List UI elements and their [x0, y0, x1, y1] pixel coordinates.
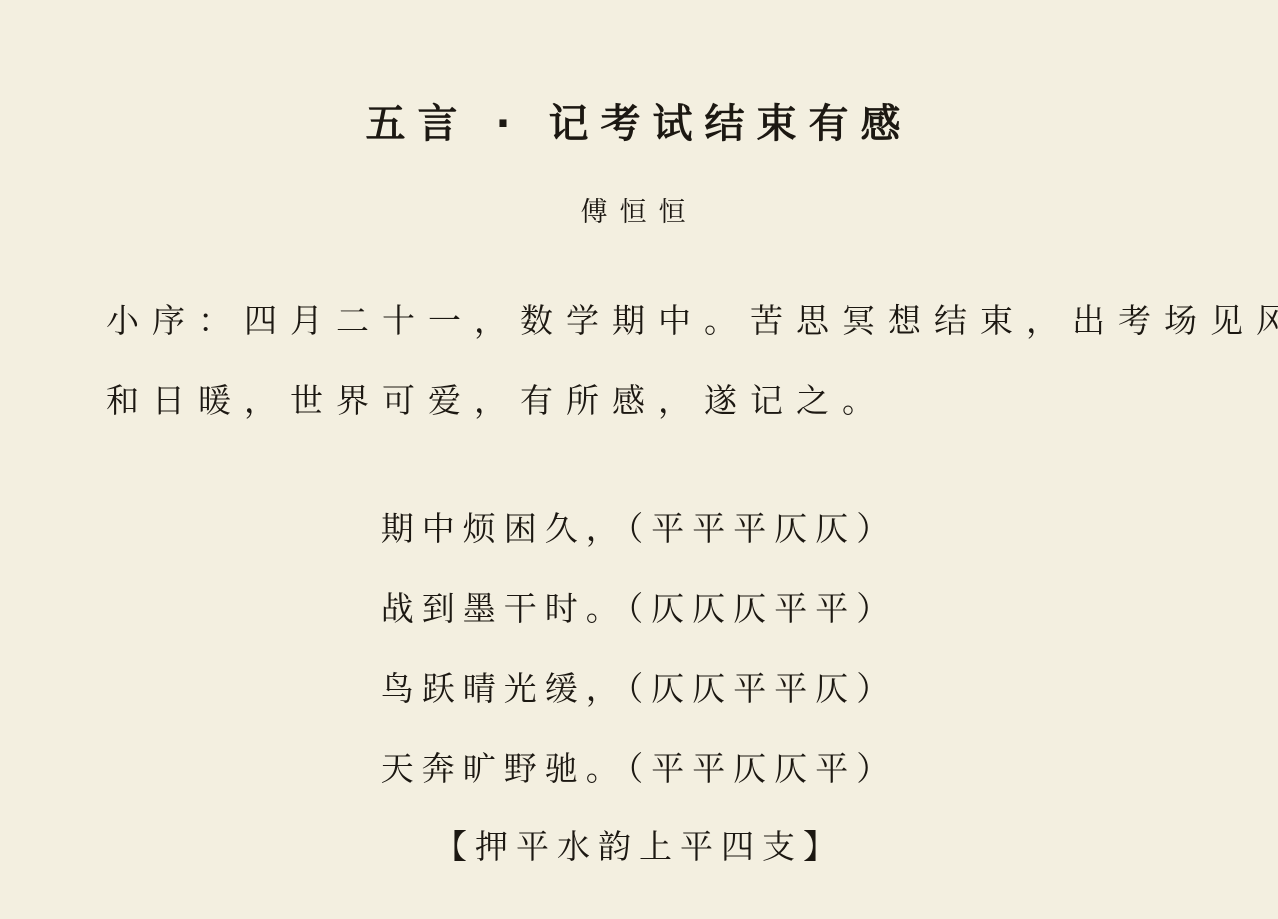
preface-line: 小序：四月二十一，数学期中。苦思冥想结束，出考场见风: [106, 281, 1183, 361]
preface-line: 和日暖，世界可爱，有所感，遂记之。: [106, 361, 1183, 441]
poem-body: 期中烦困久，（平平平仄仄） 战到墨干时。（仄仄仄平平） 鸟跃晴光缓，（仄仄平平仄…: [0, 489, 1278, 809]
poem-title: 五言 · 记考试结束有感: [0, 100, 1278, 148]
poem-author: 傅恒恒: [0, 190, 1278, 229]
poem-line: 战到墨干时。（仄仄仄平平）: [381, 569, 898, 649]
poem-line: 鸟跃晴光缓，（仄仄平平仄）: [381, 649, 898, 729]
rhyme-note: 【押平水韵上平四支】: [0, 821, 1278, 868]
poem-lines: 期中烦困久，（平平平仄仄） 战到墨干时。（仄仄仄平平） 鸟跃晴光缓，（仄仄平平仄…: [381, 489, 898, 809]
poem-line: 期中烦困久，（平平平仄仄）: [381, 489, 898, 569]
poem-preface: 小序：四月二十一，数学期中。苦思冥想结束，出考场见风 和日暖，世界可爱，有所感，…: [0, 281, 1278, 441]
poem-page: 五言 · 记考试结束有感 傅恒恒 小序：四月二十一，数学期中。苦思冥想结束，出考…: [0, 0, 1278, 919]
poem-line: 天奔旷野驰。（平平仄仄平）: [381, 729, 898, 809]
